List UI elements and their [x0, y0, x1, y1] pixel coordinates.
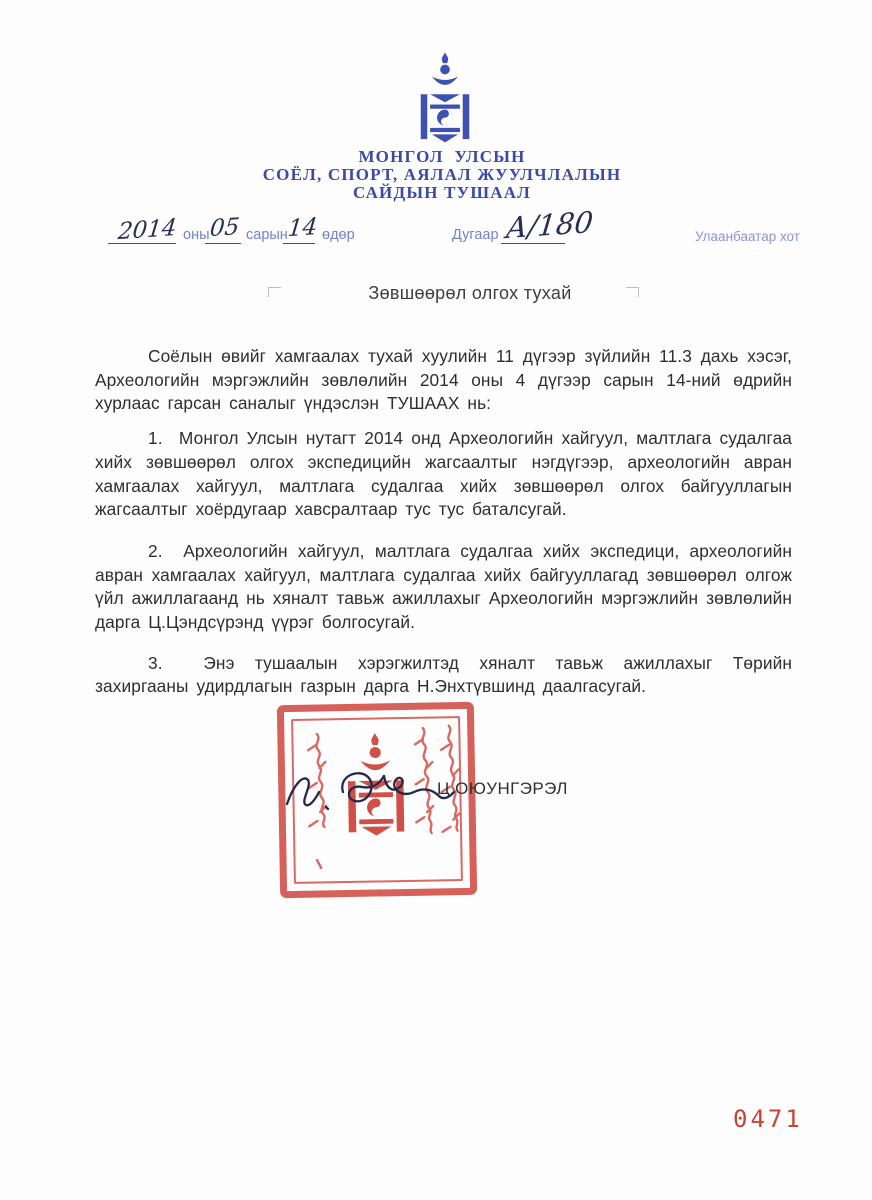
scanned-ministerial-decree: МОНГОЛ УЛСЫН СОЁЛ, СПОРТ, АЯЛАЛ ЖУУЛЧЛАЛ…: [0, 0, 872, 1200]
crop-mark-right: [626, 287, 639, 297]
paragraph-item-3: 3. Энэ тушаалын хэрэгжилтэд хяналт тавьж…: [95, 652, 792, 699]
letterhead-doc-type: САЙДЫН ТУШААЛ: [0, 184, 872, 202]
handwritten-month: 05: [209, 214, 241, 242]
day-blank-line: [283, 243, 315, 244]
signer-name: Ц.ОЮУНГЭРЭЛ: [437, 779, 568, 799]
month-blank-line: [205, 243, 241, 244]
document-title: Зөвшөөрөл олгох тухай: [250, 283, 690, 304]
handwritten-year: 2014: [117, 215, 178, 245]
year-label: оны: [183, 227, 210, 243]
paragraph-item-1: 1. Монгол Улсын нутагт 2014 онд Археолог…: [95, 427, 792, 522]
body-text: Соёлын өвийг хамгаалах тухай хуулийн 11 …: [95, 345, 792, 699]
number-blank-line: [501, 243, 565, 244]
soyombo-emblem-icon: [417, 52, 473, 144]
city-label: Улаанбаатар хот: [695, 229, 800, 244]
paragraph-item-2: 2. Археологийн хайгуул, малтлага судалга…: [95, 540, 792, 635]
serial-number: 0471: [733, 1105, 803, 1133]
letterhead-country: МОНГОЛ УЛСЫН: [0, 148, 872, 166]
month-label: сарын: [246, 227, 288, 243]
handwritten-day: 14: [287, 214, 319, 242]
day-label: өдөр: [322, 227, 355, 243]
handwritten-number: А/180: [504, 205, 594, 245]
year-blank-line: [108, 243, 176, 244]
letterhead-ministry: СОЁЛ, СПОРТ, АЯЛАЛ ЖУУЛЧЛАЛЫН: [0, 166, 872, 184]
minister-signature: [283, 762, 458, 820]
paragraph-preamble: Соёлын өвийг хамгаалах тухай хуулийн 11 …: [95, 345, 792, 416]
number-label: Дугаар: [452, 227, 499, 243]
letterhead: МОНГОЛ УЛСЫН СОЁЛ, СПОРТ, АЯЛАЛ ЖУУЛЧЛАЛ…: [0, 148, 872, 202]
